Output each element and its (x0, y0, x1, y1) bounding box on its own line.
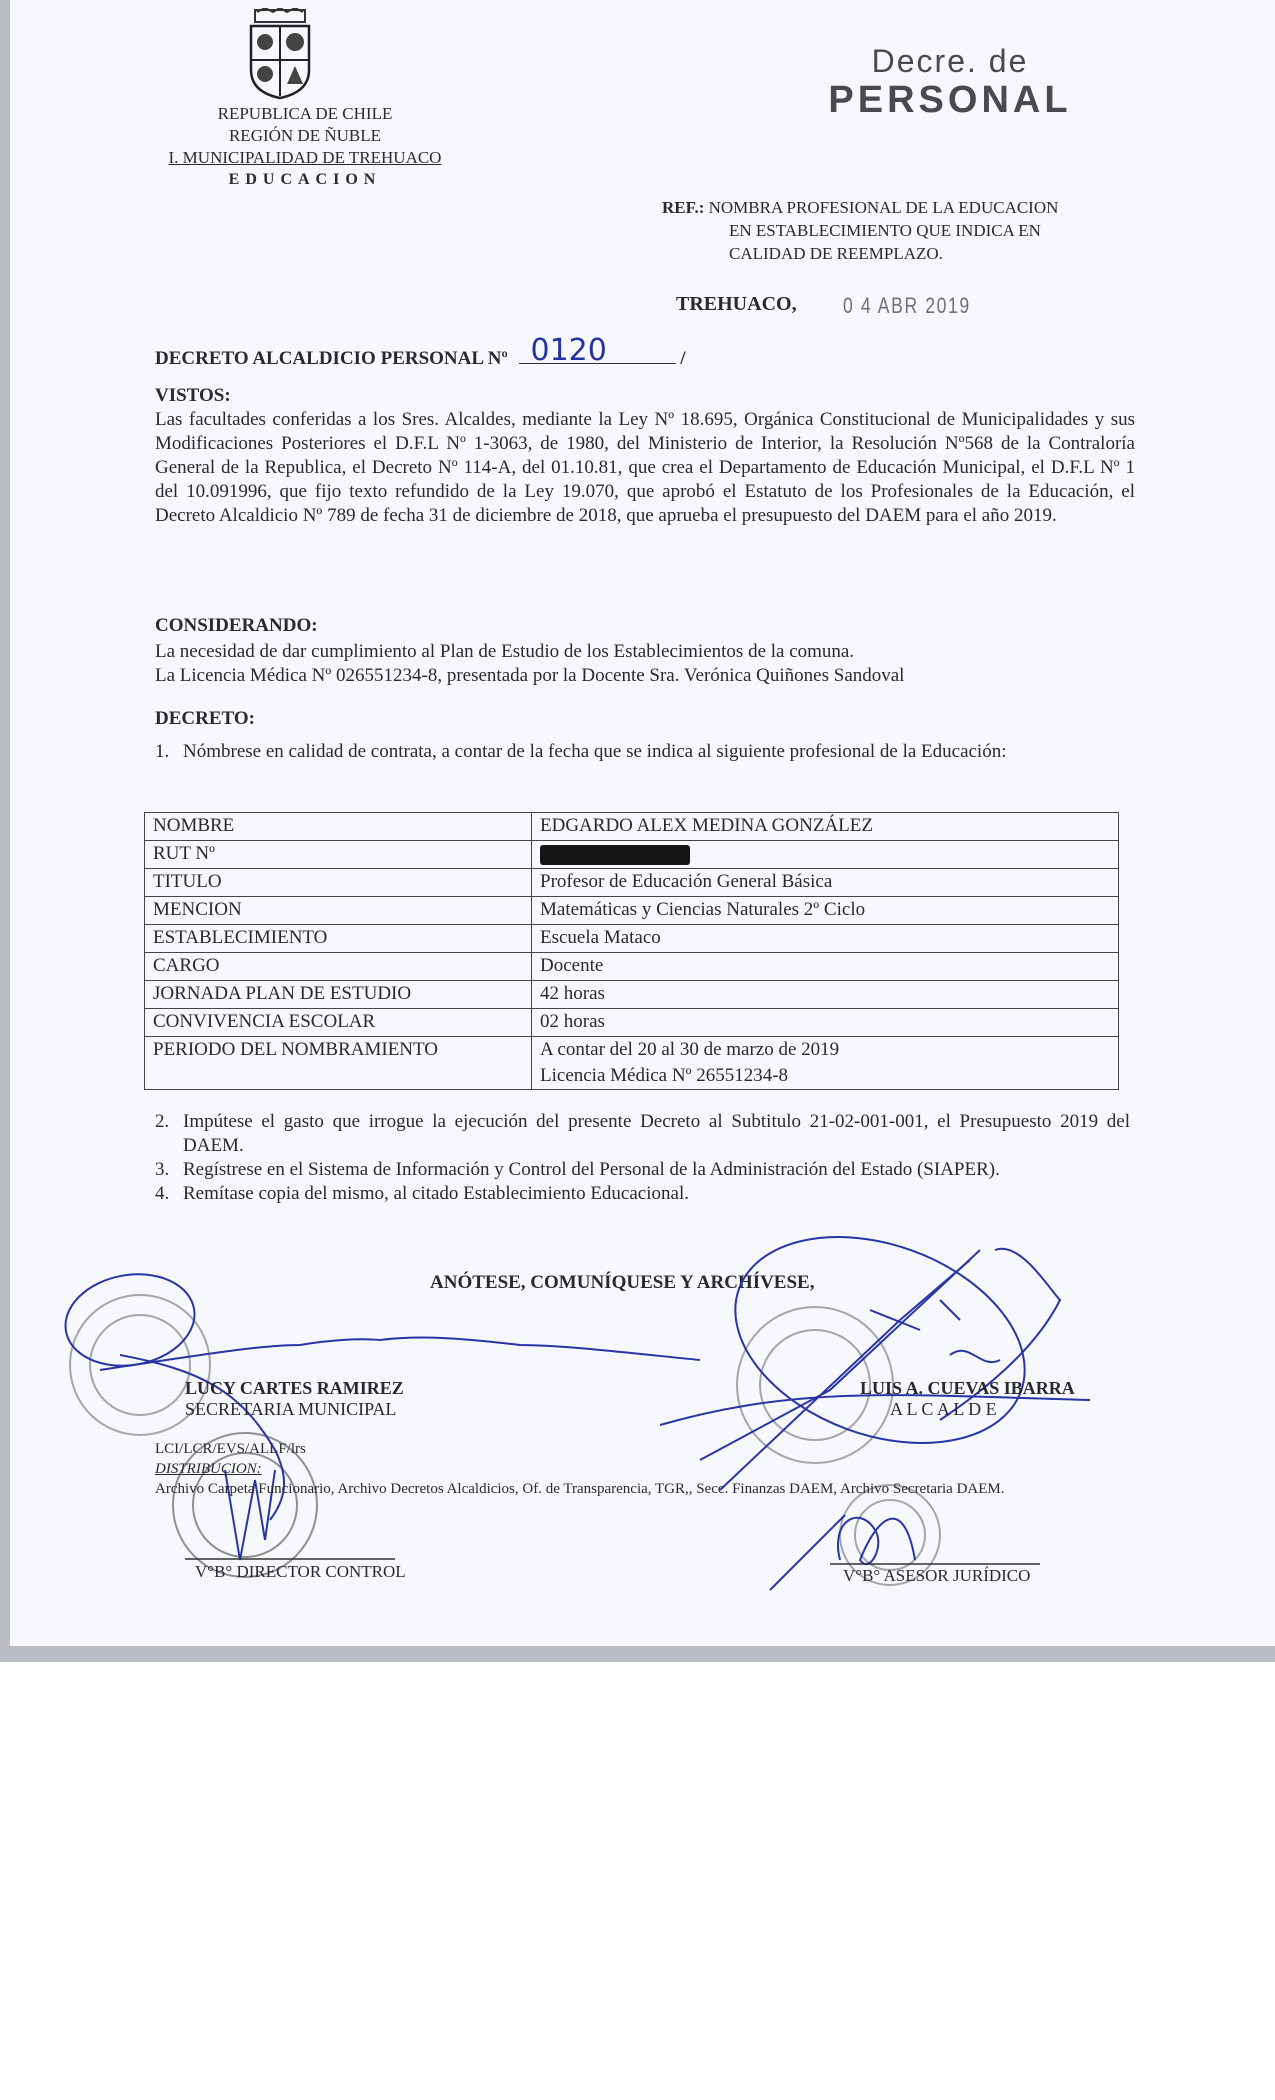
license-line: Licencia Médica Nº 26551234-8 (540, 1063, 1110, 1089)
place: TREHUACO, (676, 293, 797, 316)
footer-initials: LCI/LCR/EVS/ALLF/lrs (155, 1439, 1005, 1459)
decree-number: 0120 (519, 339, 676, 364)
decreto-item-1: 1.Nómbrese en calidad de contrata, a con… (155, 740, 1130, 764)
stamp-line2: PERSONAL (800, 80, 1100, 120)
item-number: 2. (155, 1110, 169, 1134)
secretary-name: LUCY CARTES RAMIREZ (185, 1378, 404, 1398)
item-text: Impútese el gasto que irrogue la ejecuci… (183, 1111, 1130, 1156)
appointee-table: NOMBREEDGARDO ALEX MEDINA GONZÁLEZ RUT N… (144, 812, 1119, 1090)
table-row: NOMBREEDGARDO ALEX MEDINA GONZÁLEZ (145, 813, 1119, 841)
mayor-role: A L C A L D E (860, 1399, 1075, 1420)
mayor-name: LUIS A. CUEVAS IBARRA (860, 1378, 1075, 1398)
period-line: A contar del 20 al 30 de marzo de 2019 (540, 1037, 1110, 1063)
legal-approval: V°B° ASESOR JURÍDICO (843, 1566, 1030, 1586)
row-value: Docente (532, 953, 1119, 981)
letterhead: REPUBLICA DE CHILE REGIÓN DE ÑUBLE I. MU… (150, 103, 460, 191)
closing-formula: ANÓTESE, COMUNÍQUESE Y ARCHÍVESE, (430, 1272, 814, 1294)
decree-number-line: DECRETO ALCALDICIO PERSONAL Nº 0120 / (155, 343, 686, 370)
ref-line1: NOMBRA PROFESIONAL DE LA EDUCACION (709, 198, 1059, 217)
table-row: RUT Nº (145, 841, 1119, 869)
stamp-line1: Decre. de (800, 42, 1100, 80)
row-label: MENCION (145, 897, 532, 925)
item-number: 1. (155, 740, 169, 764)
item-number: 3. (155, 1158, 169, 1182)
redaction-bar (540, 845, 690, 865)
decree-slash: / (680, 348, 685, 369)
row-value: 02 horas (532, 1009, 1119, 1037)
row-label: ESTABLECIMIENTO (145, 925, 532, 953)
ref-line2: EN ESTABLECIMIENTO QUE INDICA EN (662, 219, 1142, 242)
considerando-text: La necesidad de dar cumplimiento al Plan… (155, 640, 1135, 688)
footer-block: LCI/LCR/EVS/ALLF/lrs DISTRIBUCION: Archi… (155, 1439, 1005, 1499)
row-label: RUT Nº (145, 841, 532, 869)
letterhead-country: REPUBLICA DE CHILE (150, 103, 460, 125)
distribution-text: Archivo Carpeta Funcionario, Archivo Dec… (155, 1479, 1005, 1499)
row-value: Profesor de Educación General Básica (532, 869, 1119, 897)
letterhead-department: EDUCACION (150, 169, 460, 191)
row-value: A contar del 20 al 30 de marzo de 2019Li… (532, 1037, 1119, 1090)
table-row: JORNADA PLAN DE ESTUDIO42 horas (145, 981, 1119, 1009)
considerando-line2: La Licencia Médica Nº 026551234-8, prese… (155, 664, 1135, 688)
municipal-crest-icon (245, 8, 315, 100)
row-label: CONVIVENCIA ESCOLAR (145, 1009, 532, 1037)
table-row: ESTABLECIMIENTOEscuela Mataco (145, 925, 1119, 953)
row-label: NOMBRE (145, 813, 532, 841)
row-label: CARGO (145, 953, 532, 981)
decree-label: DECRETO ALCALDICIO PERSONAL Nº (155, 348, 508, 369)
row-label: TITULO (145, 869, 532, 897)
vistos-text: Las facultades conferidas a los Sres. Al… (155, 408, 1135, 528)
row-value: Matemáticas y Ciencias Naturales 2º Cicl… (532, 897, 1119, 925)
item-text: Regístrese en el Sistema de Información … (183, 1159, 1000, 1180)
considerando-title: CONSIDERANDO: (155, 615, 318, 637)
decreto-item-2: 2.Impútese el gasto que irrogue la ejecu… (155, 1110, 1130, 1158)
date-stamp: 0 4 ABR 2019 (843, 293, 971, 319)
table-row: PERIODO DEL NOMBRAMIENTOA contar del 20 … (145, 1037, 1119, 1090)
ref-line3: CALIDAD DE REEMPLAZO. (662, 242, 1142, 265)
table-row: CONVIVENCIA ESCOLAR02 horas (145, 1009, 1119, 1037)
ref-label: REF.: (662, 198, 704, 217)
secretary-role: SECRETARIA MUNICIPAL (185, 1399, 404, 1420)
control-approval: V°B° DIRECTOR CONTROL (195, 1562, 406, 1582)
decreto-items-rest: 2.Impútese el gasto que irrogue la ejecu… (155, 1110, 1130, 1206)
decreto-item-3: 3.Regístrese en el Sistema de Informació… (155, 1158, 1130, 1182)
distribution-label: DISTRIBUCION: (155, 1459, 1005, 1479)
table-row: TITULOProfesor de Educación General Bási… (145, 869, 1119, 897)
considerando-line1: La necesidad de dar cumplimiento al Plan… (155, 640, 1135, 664)
mayor-block: LUIS A. CUEVAS IBARRA A L C A L D E (860, 1378, 1075, 1420)
secretary-block: LUCY CARTES RAMIREZ SECRETARIA MUNICIPAL (185, 1378, 404, 1420)
letterhead-region: REGIÓN DE ÑUBLE (150, 125, 460, 147)
decreto-title: DECRETO: (155, 708, 255, 730)
letterhead-municipality: I. MUNICIPALIDAD DE TREHUACO (150, 147, 460, 169)
table-row: MENCIONMatemáticas y Ciencias Naturales … (145, 897, 1119, 925)
row-value: 42 horas (532, 981, 1119, 1009)
item-text: Nómbrese en calidad de contrata, a conta… (183, 741, 1007, 762)
decree-type-stamp: Decre. de PERSONAL (800, 42, 1100, 120)
item-number: 4. (155, 1182, 169, 1206)
table-row: CARGODocente (145, 953, 1119, 981)
row-value: EDGARDO ALEX MEDINA GONZÁLEZ (532, 813, 1119, 841)
item-text: Remítase copia del mismo, al citado Esta… (183, 1183, 689, 1204)
row-value (532, 841, 1119, 869)
row-label: PERIODO DEL NOMBRAMIENTO (145, 1037, 532, 1090)
reference-block: REF.: NOMBRA PROFESIONAL DE LA EDUCACION… (662, 196, 1142, 265)
decreto-item-4: 4.Remítase copia del mismo, al citado Es… (155, 1182, 1130, 1206)
row-value: Escuela Mataco (532, 925, 1119, 953)
row-label: JORNADA PLAN DE ESTUDIO (145, 981, 532, 1009)
vistos-title: VISTOS: (155, 385, 231, 407)
